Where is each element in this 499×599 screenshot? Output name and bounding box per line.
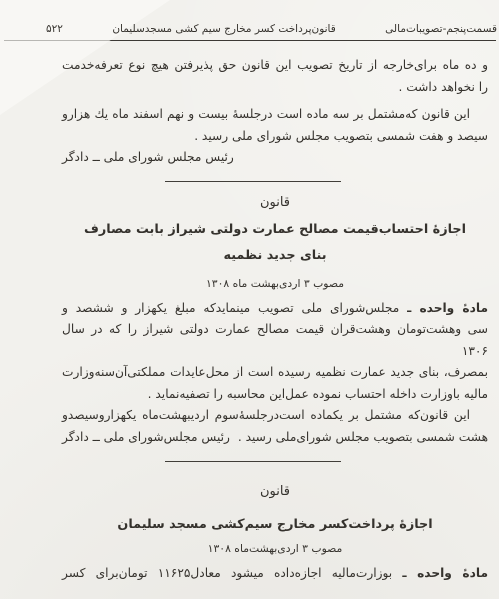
law1-article-line1-text: مجلس‌شورای ملی تصویب مینمایدکه مبلغ یکهز… [62, 301, 399, 315]
law1-article-line1: مادهٔ واحده ـ مجلس‌شورای ملی تصویب مینما… [62, 298, 488, 320]
page-header: قسمت‌پنجم-تصویبات‌مالی قانون‌پرداخت کسر … [0, 0, 499, 37]
law1-kicker: قانون [62, 195, 488, 211]
law2-approval-date: مصوب ۳ اردی‌بهشت‌ماه ۱۳۰۸ [62, 542, 488, 556]
prev-law-line: این قانون که‌مشتمل بر سه ماده است درجلسه… [62, 104, 488, 126]
law2-title-line1: اجازهٔ پرداخت‌کسر مخارج سیم‌کشی مسجد سلی… [62, 516, 488, 534]
prev-law-line: و ده ماه برای‌خارجه از تاریخ تصویب این ق… [62, 55, 488, 77]
header-running-title: قانون‌پرداخت کسر مخارج سیم کشی مسجدسلیما… [112, 22, 335, 37]
law1-closing-text: هشت شمسی بتصویب مجلس شورای‌ملی رسید . [238, 427, 488, 449]
law2-article-lead: مادهٔ واحده ـ [402, 566, 488, 580]
law1-closing-line2: هشت شمسی بتصویب مجلس شورای‌ملی رسید . رئ… [62, 427, 488, 449]
header-rule [4, 40, 496, 41]
page-body: و ده ماه برای‌خارجه از تاریخ تصویب این ق… [0, 55, 499, 585]
law2-kicker: قانون [62, 484, 488, 500]
section-divider-rule [165, 181, 341, 182]
section-divider-rule [165, 461, 341, 462]
header-section-label: قسمت‌پنجم-تصویبات‌مالی [385, 22, 497, 37]
law2-article-line1: مادهٔ واحده ـ بوزارت‌مالیه اجازه‌داده می… [62, 563, 488, 585]
law1-article-line3: بمصرف، بنای جدید عمارت نظمیه رسیده است ا… [62, 362, 488, 384]
law1-article-line2: سی وهشت‌تومان وهشت‌قران قیمت مصالح عمارت… [62, 319, 488, 362]
prev-law-line: سیصد و هفت شمسی بتصویب مجلس شورای ملی رس… [62, 126, 488, 148]
scanned-book-page: قسمت‌پنجم-تصویبات‌مالی قانون‌پرداخت کسر … [0, 0, 499, 599]
law1-title-line1: اجازهٔ احتساب‌قیمت مصالح عمارت دولتی شیر… [62, 221, 488, 239]
header-page-number: ۵۲۲ [46, 22, 63, 37]
law1-approval-date: مصوب ۳ اردی‌بهشت ماه ۱۳۰۸ [62, 277, 488, 291]
law1-signature: رئیس مجلس‌شورای ملی ــ دادگر [62, 427, 230, 449]
prev-law-signature: رئیس مجلس شورای ملی ــ دادگر [62, 147, 488, 169]
prev-law-line: را نخواهد داشت . [62, 77, 488, 99]
law1-article-lead: مادهٔ واحده ـ [407, 301, 488, 315]
law2-article-line1-text: بوزارت‌مالیه اجازه‌داده میشود معادل۱۱۶۲۵… [62, 566, 392, 580]
law1-article-line4: مالیه باوزارت داخله احتساب نموده عمل‌این… [62, 384, 488, 406]
law1-title-line2: بنای جدید نظمیه [62, 247, 488, 265]
law1-closing-line1: این قانون‌که مشتمل بر یکماده است‌درجلسهٔ… [62, 405, 488, 427]
